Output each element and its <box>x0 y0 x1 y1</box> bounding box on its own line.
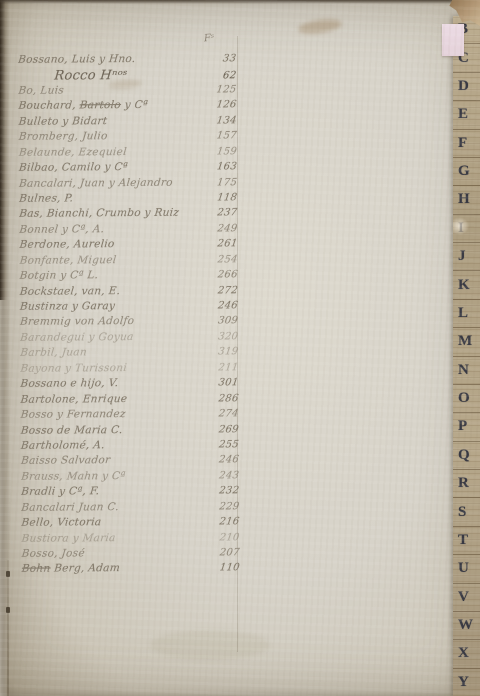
entry-name: Bancalari Juan C. <box>21 500 204 513</box>
struck-text: Bartolo <box>79 99 122 111</box>
entry-name: Bromberg, Julio <box>18 130 201 143</box>
index-tab-q: Q <box>453 441 480 469</box>
entry-folio-number: 134 <box>200 115 237 126</box>
index-tab-letter: L <box>458 306 468 321</box>
index-tab-letter: P <box>458 419 467 434</box>
ledger-entry: Bilbao, Camilo y Cª163 <box>19 160 237 177</box>
underlined-text: Miguel <box>77 254 117 267</box>
index-tab-w: W <box>453 611 480 639</box>
index-tab-s: S <box>453 497 480 525</box>
index-tab-l: L <box>453 299 480 327</box>
entry-folio-number: 62 <box>200 71 237 82</box>
index-tab-letter: U <box>458 561 469 576</box>
entry-name: Bonnel y Cª, A. <box>19 222 202 235</box>
ledger-entry: Rocco Hⁿᵒˢ62 <box>18 68 236 85</box>
index-tab-letter: Q <box>458 448 470 463</box>
page-top-edge <box>0 0 480 4</box>
entries-list: Bossano, Luis y Hno.33Rocco Hⁿᵒˢ62Bo, Lu… <box>18 52 240 578</box>
entry-folio-number: 163 <box>200 161 237 172</box>
entry-folio-number: 319 <box>202 347 239 358</box>
entry-name: Bilbao, Camilo y Cª <box>18 161 201 174</box>
index-tab-letter: G <box>458 164 470 179</box>
entry-name: Bustinza y Garay <box>19 299 202 312</box>
underlined-text: Maria C. <box>73 424 123 437</box>
index-tab-letter: E <box>458 107 468 122</box>
index-tab-letter: R <box>458 476 469 491</box>
index-tab-v: V <box>453 583 480 611</box>
entry-folio-number: 211 <box>202 362 239 373</box>
entry-name: Brauss, Mahn y Cª <box>21 469 204 482</box>
index-tab-m: M <box>453 327 480 355</box>
ledger-entry: Bartolone, Enrique286 <box>21 392 239 409</box>
entry-folio-number: 125 <box>200 84 237 95</box>
entry-name: Bustiora y Maria <box>21 531 204 544</box>
index-tab-letter: D <box>458 79 469 94</box>
ledger-index-page: Fˢ Bossano, Luis y Hno.33Rocco Hⁿᵒˢ62Bo,… <box>0 0 480 696</box>
index-tab-j: J <box>453 242 480 270</box>
index-tab-letter: F <box>458 136 467 151</box>
entry-name: Bosso de Maria C. <box>20 423 203 436</box>
entry-name: Rocco Hⁿᵒˢ <box>18 68 201 84</box>
ledger-entry: Bromberg, Julio157 <box>19 129 237 146</box>
ledger-entry: Botgin y Cª L.266 <box>20 268 238 285</box>
ledger-entry: Barbil, Juan319 <box>20 346 238 363</box>
ledger-entry: Bo, Luis125 <box>18 83 236 100</box>
ledger-entry: Baisso Salvador246 <box>21 454 239 471</box>
ledger-entry: Bancalari, Juan y Alejandro175 <box>19 176 237 193</box>
tab-strip: BCDEFGHIJKLMNOPQRSTUVWXY <box>453 16 480 696</box>
entry-folio-number: 309 <box>201 316 238 327</box>
index-tab-letter: M <box>458 334 472 349</box>
entry-name: Bayona y Turissoni <box>20 361 203 374</box>
entry-name: Botgin y Cª L. <box>19 269 202 282</box>
ledger-entry: Bohn Berg, Adam110 <box>22 562 240 579</box>
active-tab-marker-pink <box>442 24 464 56</box>
entry-name: Bosso, José <box>21 546 204 559</box>
ledger-entry: Bremmig von Adolfo309 <box>20 315 238 332</box>
ledger-entry: Bulleto y Bidart134 <box>19 114 237 131</box>
index-tab-y: Y <box>453 668 480 696</box>
entry-folio-number: 272 <box>201 285 238 296</box>
underlined-text: Salvador <box>60 455 111 468</box>
entry-name: Bartholomé, A. <box>20 438 203 451</box>
entry-name: Belaunde, Ezequiel <box>18 145 201 158</box>
index-tab-letter: V <box>458 590 469 605</box>
entry-name: Bradli y Cª, F. <box>21 485 204 498</box>
entry-folio-number: 210 <box>203 532 240 543</box>
ledger-entry: Bayona y Turissoni211 <box>20 361 238 378</box>
entry-folio-number: 249 <box>201 223 238 234</box>
entry-folio-number: 175 <box>200 177 237 188</box>
ledger-entry: Brauss, Mahn y Cª243 <box>21 469 239 486</box>
entry-folio-number: 254 <box>201 254 238 265</box>
entry-name: Bancalari, Juan y Alejandro <box>18 176 201 189</box>
ledger-entry: Bockstael, van, E.272 <box>20 284 238 301</box>
index-tab-r: R <box>453 469 480 497</box>
entry-folio-number: 110 <box>203 563 240 574</box>
entry-folio-number: 232 <box>202 485 239 496</box>
ledger-entry: Bosso, José207 <box>22 546 240 563</box>
entry-folio-number: 255 <box>202 439 239 450</box>
entry-name: Bockstael, van, E. <box>19 284 202 297</box>
ledger-entry: Bas, Bianchi, Crumbo y Ruiz237 <box>19 207 237 224</box>
ledger-entry: Barandegui y Goyua320 <box>20 330 238 347</box>
page-edge-mark <box>6 607 10 613</box>
index-tab-letter: T <box>458 533 468 548</box>
index-tab-d: D <box>453 72 480 100</box>
ledger-entry: Berdone, Aurelio261 <box>19 237 237 254</box>
entry-folio-number: 320 <box>201 331 238 342</box>
entry-folio-number: 216 <box>203 516 240 527</box>
ledger-entry: Bustinza y Garay246 <box>20 299 238 316</box>
entry-folio-number: 126 <box>200 100 237 111</box>
entry-folio-number: 286 <box>202 393 239 404</box>
index-tab-letter: N <box>458 363 469 378</box>
ledger-entry: Bustiora y Maria210 <box>22 531 240 548</box>
index-tab-letter: Y <box>458 675 469 690</box>
index-tab-p: P <box>453 412 480 440</box>
entry-name: Baisso Salvador <box>20 454 203 467</box>
paper-stain <box>150 630 270 660</box>
index-tab-letter: J <box>458 249 466 264</box>
entry-folio-number: 237 <box>201 208 238 219</box>
index-tab-g: G <box>453 157 480 185</box>
ledger-entry: Bonfante, Miguel254 <box>20 253 238 270</box>
entry-folio-number: 118 <box>200 192 237 203</box>
index-tab-letter: O <box>458 391 470 406</box>
ledger-entry: Bonnel y Cª, A.249 <box>19 222 237 239</box>
ledger-entry: Bulnes, P.118 <box>19 191 237 208</box>
ledger-entry: Belaunde, Ezequiel159 <box>19 145 237 162</box>
entry-name: Bosso y Fernandez <box>20 408 203 421</box>
entry-name: Bello, Victoria <box>21 516 204 529</box>
entry-folio-number: 246 <box>201 300 238 311</box>
entry-folio-number: 157 <box>200 130 237 141</box>
index-tab-k: K <box>453 270 480 298</box>
entry-folio-number: 266 <box>201 269 238 280</box>
index-tab-letter: K <box>458 278 470 293</box>
index-tab-f: F <box>453 129 480 157</box>
entry-folio-number: 274 <box>202 408 239 419</box>
index-tab-o: O <box>453 384 480 412</box>
entry-name: Barbil, Juan <box>20 346 203 359</box>
ledger-entry: Bouchard, Bartolo y Cª126 <box>18 99 236 116</box>
ledger-entry: Bosso y Fernandez274 <box>21 407 239 424</box>
entry-name: Bremmig von Adolfo <box>19 315 202 328</box>
index-tab-letter: X <box>458 646 469 661</box>
underlined-text: Juan C. <box>78 501 120 514</box>
ledger-entry: Bossano, Luis y Hno.33 <box>18 52 236 69</box>
entry-folio-number: 207 <box>203 547 240 558</box>
ledger-entry: Bello, Victoria216 <box>21 515 239 532</box>
entry-folio-number: 243 <box>202 470 239 481</box>
entry-name: Bo, Luis <box>18 83 201 96</box>
entry-folio-number: 246 <box>202 455 239 466</box>
entry-name: Bonfante, Miguel <box>19 253 202 266</box>
ledger-entry: Bossano e hijo, V.301 <box>20 376 238 393</box>
entry-folio-number: 159 <box>200 146 237 157</box>
ledger-entry: Bradli y Cª, F.232 <box>21 484 239 501</box>
folio-column-header: Fˢ <box>204 33 215 45</box>
underlying-page-edge <box>7 560 9 696</box>
index-tab-letter: I <box>458 221 464 236</box>
page-edge-mark <box>6 571 10 577</box>
entry-folio-number: 269 <box>202 424 239 435</box>
index-tab-x: X <box>453 639 480 667</box>
torn-paper-corner <box>446 0 480 26</box>
index-tab-i: I <box>453 214 480 242</box>
entry-name: Bulleto y Bidart <box>18 114 201 127</box>
entry-folio-number: 261 <box>201 238 238 249</box>
index-tab-h: H <box>453 185 480 213</box>
entry-name: Bohn Berg, Adam <box>21 562 204 575</box>
ledger-entry: Bancalari Juan C.229 <box>21 500 239 517</box>
index-tab-letter: W <box>458 618 473 633</box>
underlined-text: Juan y Alejandro <box>79 176 173 189</box>
struck-text: Bohn <box>21 563 51 575</box>
paper-stain <box>297 17 342 36</box>
entry-name: Bartolone, Enrique <box>20 392 203 405</box>
index-tab-u: U <box>453 554 480 582</box>
index-tab-letter: H <box>458 192 470 207</box>
entry-name: Bas, Bianchi, Crumbo y Ruiz <box>19 207 202 220</box>
ledger-entry: Bartholomé, A.255 <box>21 438 239 455</box>
entry-name: Barandegui y Goyua <box>20 330 203 343</box>
entry-name: Bossano, Luis y Hno. <box>18 52 201 65</box>
index-tab-t: T <box>453 526 480 554</box>
entry-folio-number: 301 <box>202 377 239 388</box>
entry-name: Bouchard, Bartolo y Cª <box>18 99 201 112</box>
entry-folio-number: 33 <box>199 53 236 64</box>
entry-name: Bulnes, P. <box>19 191 202 204</box>
entry-folio-number: 229 <box>203 501 240 512</box>
index-tab-letter: S <box>458 505 466 520</box>
index-tab-e: E <box>453 100 480 128</box>
entry-name: Bossano e hijo, V. <box>20 377 203 390</box>
entry-name: Berdone, Aurelio <box>19 238 202 251</box>
index-tab-n: N <box>453 356 480 384</box>
ledger-entry: Bosso de Maria C.269 <box>21 423 239 440</box>
